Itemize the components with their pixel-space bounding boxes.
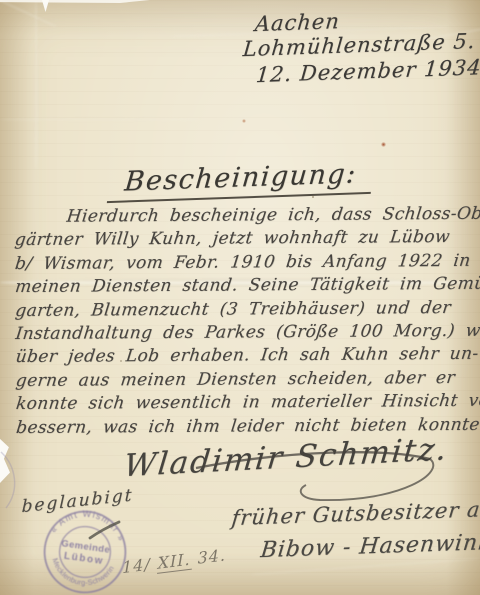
stamp-graphic: « Amt Wismar » Mecklenburg-Schwerin Geme…: [36, 503, 133, 595]
date-annotation-year: 34.: [197, 545, 226, 568]
body-line: meinen Diensten stand. Seine Tätigkeit i…: [14, 273, 480, 300]
header-city-line: Aachen: [254, 9, 341, 36]
date-annotation-month: XII.: [157, 549, 192, 573]
body-line: über jedes Lob erhaben. Ich sah Kuhn seh…: [14, 343, 480, 370]
signoff-role-line: früher Gutsbesitzer auf: [230, 496, 480, 530]
body-paragraph: Hierdurch bescheinige ich, dass Schloss-…: [16, 203, 480, 440]
body-line: b/ Wismar, vom Febr. 1910 bis Anfang 192…: [14, 250, 480, 277]
tear-left-edge: [0, 438, 10, 484]
scanned-letter: Aachen Lohmühlenstraße 5. 12. Dezember 1…: [0, 0, 480, 595]
rust-fleck-center: [242, 119, 246, 123]
official-stamp: « Amt Wismar » Mecklenburg-Schwerin Geme…: [36, 503, 133, 595]
page-title: Bescheinigung:: [107, 158, 374, 203]
speck-1: [312, 196, 314, 198]
wrinkle-corner-top-left: [0, 0, 57, 28]
body-line: garten, Blumenzucht (3 Treibhäuser) und …: [14, 296, 480, 323]
wrinkle-left-vertical: [34, 0, 38, 170]
stamp-ring-top-text: « Amt Wismar »: [48, 503, 130, 544]
body-line: gärtner Willy Kuhn, jetzt wohnhaft zu Lü…: [13, 226, 480, 253]
wrinkle-mid-left: [0, 118, 200, 121]
date-annotation: 14/ XII. 34.: [122, 545, 226, 577]
header-date-line: 12. Dezember 1934.: [255, 55, 480, 87]
svg-text:« Amt Wismar »: « Amt Wismar »: [48, 503, 130, 544]
tear-top-left-sliver: [0, 0, 150, 3]
rust-fleck-right: [381, 142, 386, 147]
signoff-estate-line: Bibow - Hasenwinkel: [259, 529, 480, 563]
body-line: konnte sich wesentlich in materieller Hi…: [15, 390, 480, 417]
